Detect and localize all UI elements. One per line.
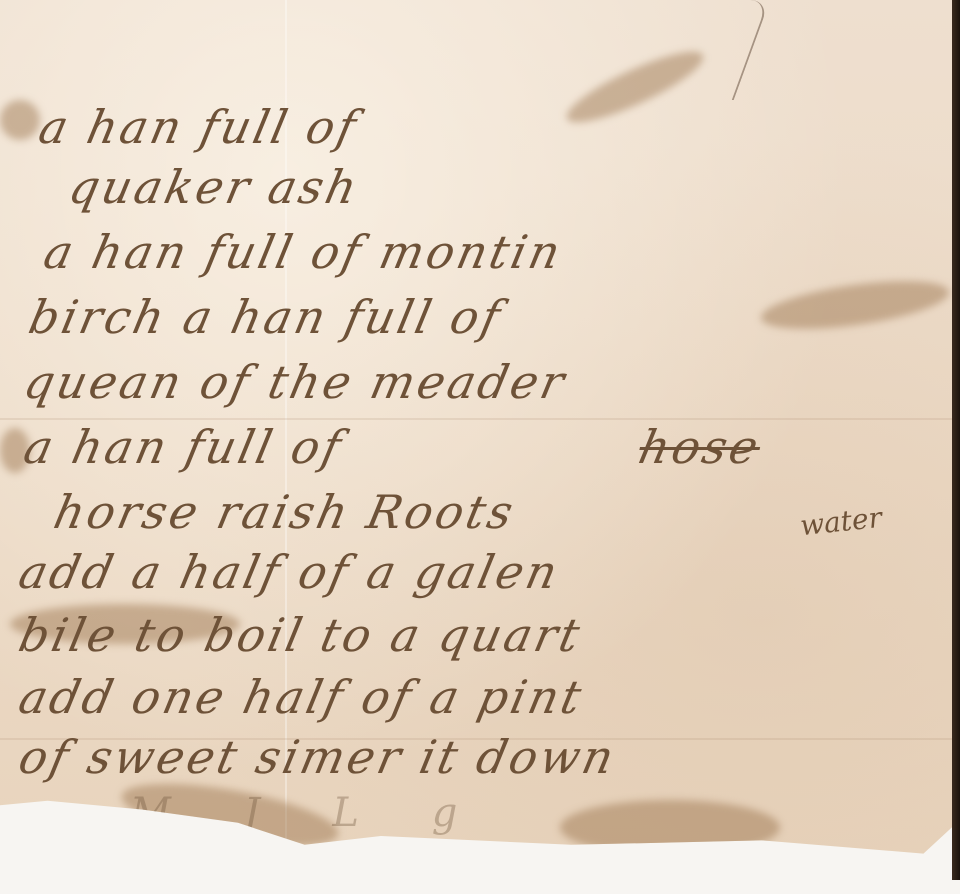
ink-stain xyxy=(0,100,40,140)
faint-signature: M J L g xyxy=(130,790,487,836)
ink-stain xyxy=(758,272,952,338)
text-line-3: a han full of montin xyxy=(39,225,568,279)
inserted-word: water xyxy=(798,501,883,542)
scan-edge xyxy=(952,0,960,880)
text-line-5: quean of the meader xyxy=(19,355,572,409)
text-line-7: horse raish Roots xyxy=(49,485,520,539)
tear-mark xyxy=(692,0,770,100)
text-line-10: add one half of a pint xyxy=(14,670,589,724)
text-line-8: add a half of a galen xyxy=(14,545,565,599)
text-line-2: quaker ash xyxy=(64,160,364,214)
text-line-6: a han full of xyxy=(19,420,348,474)
text-line-1: a han full of xyxy=(34,100,363,154)
paper-sheet: a han full of quaker ash a han full of m… xyxy=(0,0,952,880)
ink-stain xyxy=(560,40,710,134)
text-line-9: bile to boil to a quart xyxy=(14,608,587,662)
crossed-out-word: hose xyxy=(634,420,766,474)
text-line-4: birch a han full of xyxy=(24,290,507,344)
ink-stain xyxy=(560,800,780,855)
text-line-11: of sweet simer it down xyxy=(14,730,621,784)
